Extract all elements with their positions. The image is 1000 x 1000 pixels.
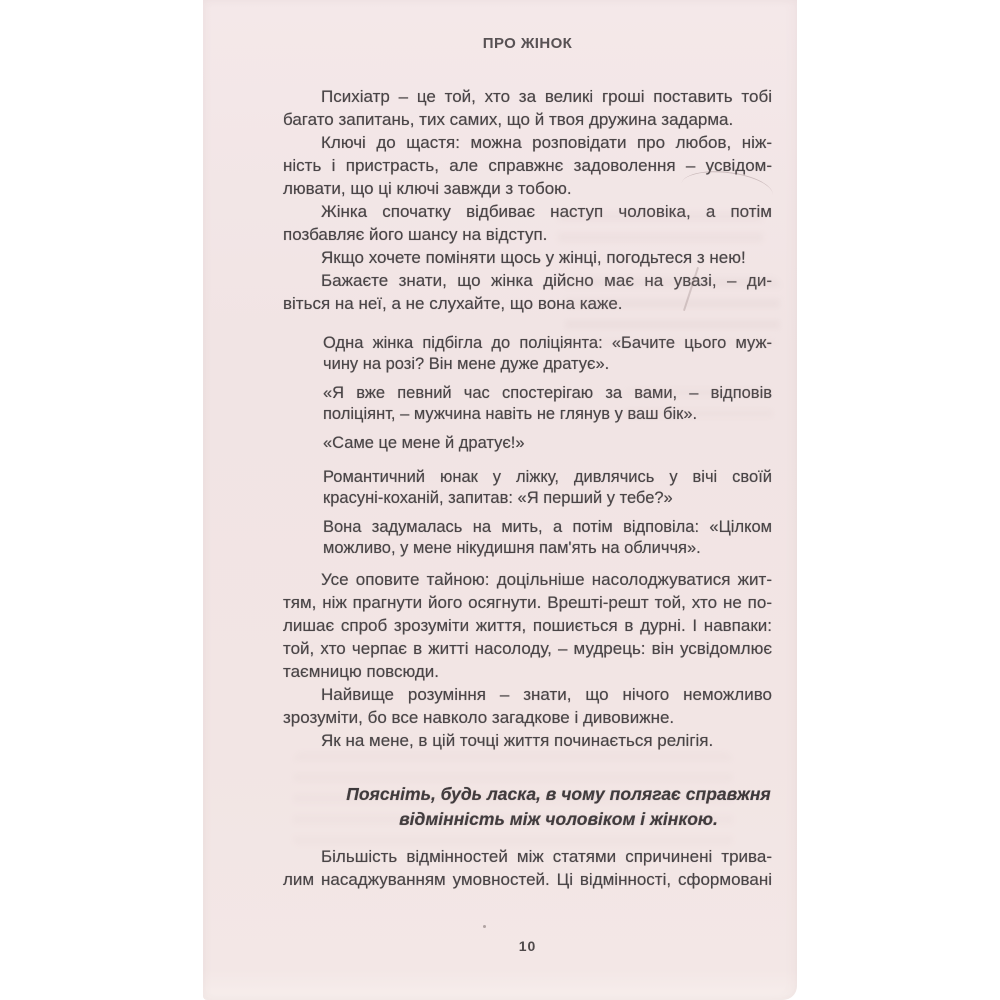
running-header: ПРО ЖІНОК <box>283 0 772 52</box>
text-line: позбавляє його шансу на відступ. <box>283 223 772 246</box>
text-line: Ключі до щастя: можна розповідати про лю… <box>283 131 772 154</box>
text-line: Психіатр – це той, хто за великі гроші п… <box>283 85 772 108</box>
quote-paragraph: Романтичний юнак у ліжку, дивлячись у ві… <box>323 467 772 509</box>
paragraph: Якщо хочете поміняти щось у жінці, погод… <box>283 246 772 269</box>
text-line: лишає спроб зрозуміти життя, пошиється в… <box>283 614 772 637</box>
text-line: багато запитань, тих самих, що й твоя др… <box>283 108 772 131</box>
text-line: можливо, у мене нікудишня пам'ять на обл… <box>323 538 772 559</box>
text-line: відмінність між чоловіком і жінкою. <box>345 807 772 832</box>
text-line: поліціянт, – мужчина навіть не глянув у … <box>323 404 772 425</box>
paper-speck <box>483 925 486 928</box>
text-line: Найвище розуміння – знати, що нічого нем… <box>283 683 772 706</box>
page-number: 10 <box>283 938 772 954</box>
paragraph: Ключі до щастя: можна розповідати про лю… <box>283 131 772 200</box>
text-line: «Саме це мене й дратує!» <box>323 433 772 454</box>
text-line: Бажаєте знати, що жінка дійсно має на ув… <box>283 269 772 292</box>
quote-paragraph: Одна жінка підбігла до поліціянта: «Бачи… <box>323 333 772 375</box>
text-line: Жінка спочатку відбиває наступ чоловіка,… <box>283 200 772 223</box>
text-line: Як на мене, в цій точці життя починаєтьс… <box>283 729 772 752</box>
text-line: чину на розі? Він мене дуже дратує». <box>323 354 772 375</box>
text-line: Поясніть, будь ласка, в чому полягає спр… <box>345 782 772 807</box>
text-line: красуні-коханій, запитав: «Я перший у те… <box>323 488 772 509</box>
text-line: «Я вже певний час спостерігаю за вами, –… <box>323 383 772 404</box>
text-line: Більшість відмінностей між статями сприч… <box>283 845 772 868</box>
book-page: ПРО ЖІНОК Психіатр – це той, хто за вели… <box>203 0 797 1000</box>
paragraph: Більшість відмінностей між статями сприч… <box>283 845 772 891</box>
text-line: Вона задумалась на мить, а потім відпові… <box>323 517 772 538</box>
text-line: Якщо хочете поміняти щось у жінці, погод… <box>283 246 772 269</box>
text-line: зрозуміти, бо все навколо загадкове і ди… <box>283 706 772 729</box>
paragraph: Психіатр – це той, хто за великі гроші п… <box>283 85 772 131</box>
text-line: віться на неї, а не слухайте, що вона ка… <box>283 292 772 315</box>
paragraph: Жінка спочатку відбиває наступ чоловіка,… <box>283 200 772 246</box>
text-line: лим насаджуванням умовностей. Ці відмінн… <box>283 868 772 891</box>
text-line: Романтичний юнак у ліжку, дивлячись у ві… <box>323 467 772 488</box>
paragraph: Як на мене, в цій точці життя починаєтьс… <box>283 729 772 752</box>
paragraph: Найвище розуміння – знати, що нічого нем… <box>283 683 772 729</box>
quote-paragraph: Вона задумалась на мить, а потім відпові… <box>323 517 772 559</box>
quote-paragraph: «Саме це мене й дратує!» <box>323 433 772 454</box>
text-line: таємницю повсюди. <box>283 660 772 683</box>
text-line: Усе оповите тайною: доцільніше насолоджу… <box>283 568 772 591</box>
text-line: лювати, що ці ключі завжди з тобою. <box>283 177 772 200</box>
quote-paragraph: «Я вже певний час спостерігаю за вами, –… <box>323 383 772 425</box>
question-heading: Поясніть, будь ласка, в чому полягає спр… <box>345 782 772 832</box>
text-line: тям, ніж прагнути його осягнути. Врешті-… <box>283 591 772 614</box>
paragraph: Усе оповите тайною: доцільніше насолоджу… <box>283 568 772 683</box>
text-line: Одна жінка підбігла до поліціянта: «Бачи… <box>323 333 772 354</box>
text-line: той, хто черпає в житті насолоду, – мудр… <box>283 637 772 660</box>
page-content: Психіатр – це той, хто за великі гроші п… <box>283 85 772 891</box>
paragraph: Бажаєте знати, що жінка дійсно має на ув… <box>283 269 772 315</box>
text-line: ність і пристрасть, але справжнє задовол… <box>283 154 772 177</box>
scan-canvas: ПРО ЖІНОК Психіатр – це той, хто за вели… <box>0 0 1000 1000</box>
